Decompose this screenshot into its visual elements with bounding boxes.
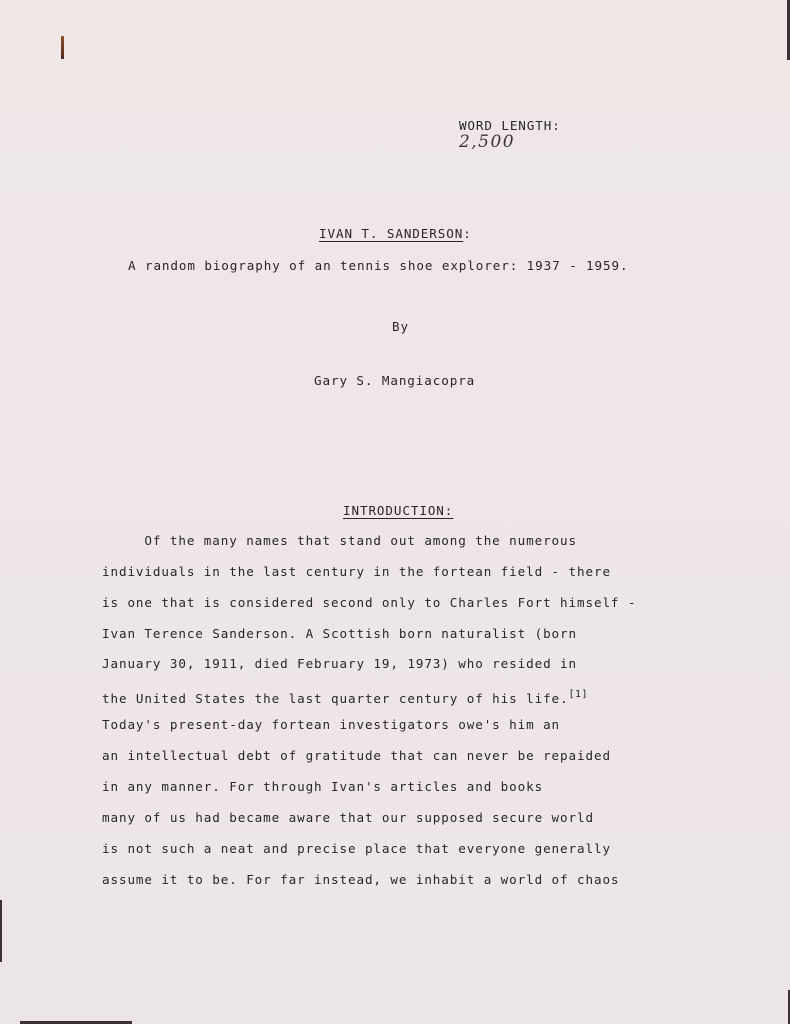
ink-mark xyxy=(61,36,64,58)
body-line: in any manner. For through Ivan's articl… xyxy=(102,779,543,795)
page-edge-shadow xyxy=(0,900,2,962)
body-line: is not such a neat and precise place tha… xyxy=(102,841,611,857)
word-length: WORD LENGTH: 2,500 xyxy=(425,102,561,167)
body-line: assume it to be. For far instead, we inh… xyxy=(102,872,619,888)
footnote-reference: [1] xyxy=(569,689,589,700)
body-line: many of us had became aware that our sup… xyxy=(102,810,594,826)
title-heading-colon: : xyxy=(463,226,471,241)
title-heading-text: IVAN T. SANDERSON xyxy=(319,226,463,241)
word-length-value-handwritten: 2,500 xyxy=(459,132,515,152)
body-line: January 30, 1911, died February 19, 1973… xyxy=(102,656,577,672)
ink-dot xyxy=(61,56,64,59)
body-line: an intellectual debt of gratitude that c… xyxy=(102,748,611,764)
body-line-text: the United States the last quarter centu… xyxy=(102,691,569,706)
body-line-with-footnote: the United States the last quarter centu… xyxy=(102,687,588,707)
body-line: Today's present-day fortean investigator… xyxy=(102,717,560,733)
introduction-heading: INTRODUCTION: xyxy=(343,503,453,519)
body-line: is one that is considered second only to… xyxy=(102,595,636,611)
title-heading: IVAN T. SANDERSON: xyxy=(319,226,472,242)
bleed-through-watermark xyxy=(700,40,780,990)
byline-by: By xyxy=(392,319,409,335)
subtitle: A random biography of an tennis shoe exp… xyxy=(128,258,628,274)
body-line: Of the many names that stand out among t… xyxy=(102,533,577,549)
word-length-label: WORD LENGTH: xyxy=(459,118,561,133)
body-line: Ivan Terence Sanderson. A Scottish born … xyxy=(102,626,577,642)
document-page: WORD LENGTH: 2,500 IVAN T. SANDERSON: A … xyxy=(0,0,790,1024)
author-name: Gary S. Mangiacopra xyxy=(314,373,475,389)
body-line: individuals in the last century in the f… xyxy=(102,564,611,580)
